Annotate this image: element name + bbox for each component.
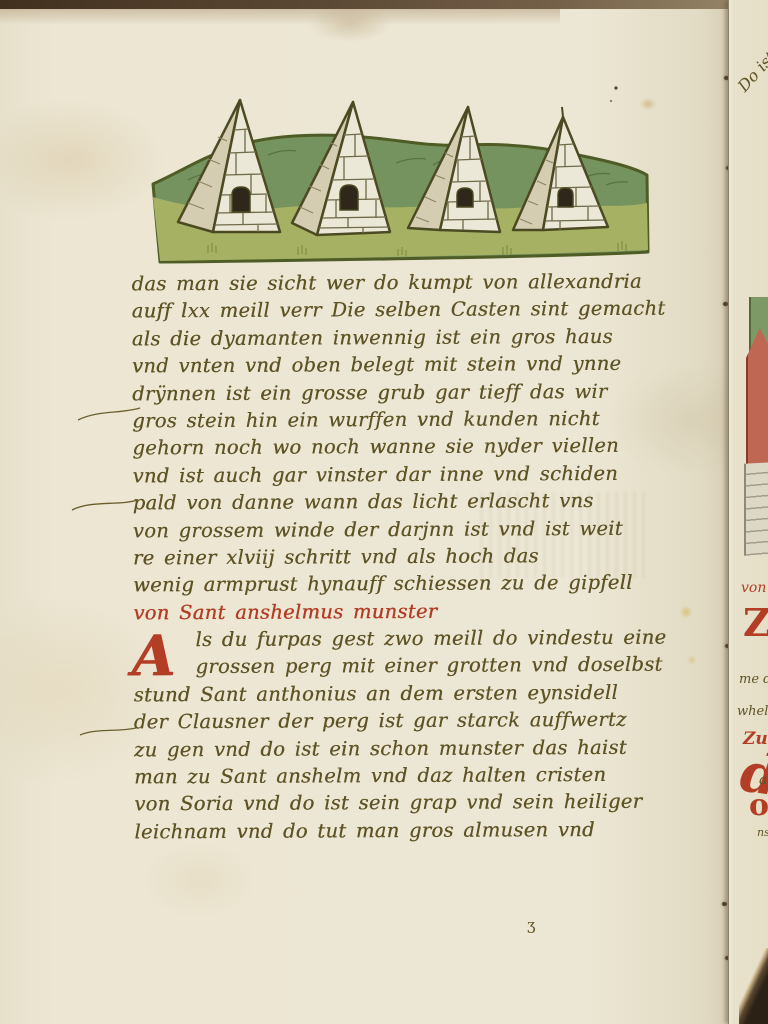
book-top-edge-shadow (0, 9, 560, 25)
manuscript-page: das man sie sicht wer do kumpt von allex… (0, 0, 730, 1024)
facing-text-fragment: o (749, 788, 768, 823)
text-line: als die dyamanten inwennig ist ein gros … (132, 324, 672, 354)
ink-speck (614, 86, 617, 89)
text-line: das man sie sicht wer do kumpt von allex… (131, 270, 671, 300)
book-corner-shadow (739, 948, 768, 1024)
facing-wall-fragment (744, 462, 768, 555)
pyramid-1-door (232, 187, 250, 212)
facing-rubric-fragment: von d (741, 580, 768, 596)
book-top-edge (0, 0, 768, 9)
text-line: von Soria vnd do ist sein grap vnd sein … (134, 790, 674, 820)
pyramid-4-door (558, 188, 573, 207)
quire-mark: ʒ (527, 916, 535, 934)
facing-text-fragment: ns (757, 826, 768, 839)
text-line: ls du furpas gest zwo meill do vindestu … (133, 626, 673, 656)
text-line: vnd vnten vnd oben belegt mit stein vnd … (132, 352, 672, 382)
paragraph-with-initial: A ls du furpas gest zwo meill do vindest… (133, 626, 673, 684)
text-line: drÿnnen ist ein grosse grub gar tieff da… (132, 379, 672, 409)
pyramid-3-door (457, 188, 473, 207)
text-line: man zu Sant anshelm vnd daz halten crist… (134, 763, 674, 793)
facing-page-sliver: Do ist von d Z me d whell Zu d a o ns (728, 0, 768, 1024)
wormhole (722, 902, 727, 906)
text-line: zu gen vnd do ist ein schon munster das … (134, 735, 674, 765)
facing-corner-text: Do ist (734, 48, 768, 96)
manuscript-photo: das man sie sicht wer do kumpt von allex… (0, 0, 768, 1024)
text-line: gehorn noch wo noch wanne sie nyder viel… (132, 434, 672, 464)
text-line: auff lxx meill verr Die selben Casten si… (132, 297, 672, 327)
pyramids-illustration (148, 85, 658, 275)
facing-initial-z: Z (743, 600, 768, 645)
pen-flourishes (70, 398, 150, 748)
ink-speck (610, 100, 612, 102)
ink-showthrough (480, 492, 650, 578)
text-line: leichnam vnd do tut man gros almusen vnd (134, 817, 674, 847)
facing-text-fragment: me d (739, 672, 768, 687)
facing-text-fragment: whell (737, 704, 768, 719)
text-line: gros stein hin ein wurffen vnd kunden ni… (132, 407, 672, 437)
text-line: vnd ist auch gar vinster dar inne vnd sc… (133, 461, 673, 491)
text-line: stund Sant anthonius an dem ersten eynsi… (134, 680, 674, 710)
facing-text-fragment: a (759, 772, 767, 788)
text-line: der Clausner der perg ist gar starck auf… (134, 708, 674, 738)
pyramid-2-door (340, 185, 358, 210)
rubric-heading: von Sant anshelmus munster (133, 598, 673, 628)
text-line: grossen perg mit einer grotten vnd dosel… (134, 653, 674, 683)
